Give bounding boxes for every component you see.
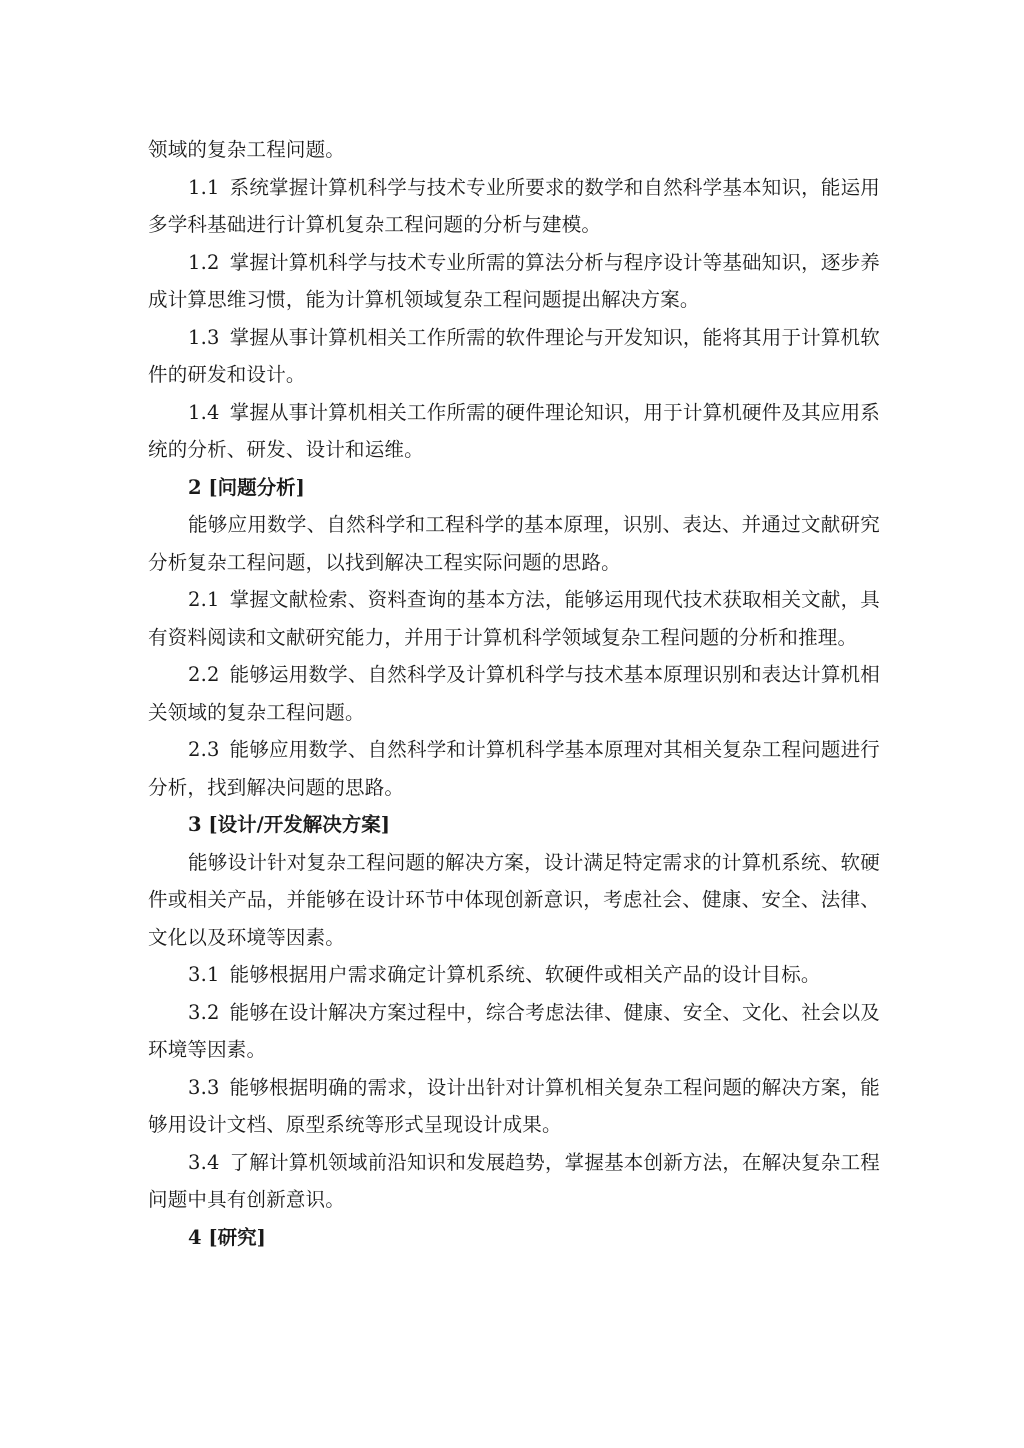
continuation-paragraph: 领域的复杂工程问题。 xyxy=(148,131,880,169)
item-3-2: 3.2能够在设计解决方案过程中，综合考虑法律、健康、安全、文化、社会以及环境等因… xyxy=(148,994,880,1069)
item-text: 能够根据明确的需求，设计出针对计算机相关复杂工程问题的解决方案，能够用设计文档、… xyxy=(148,1076,880,1137)
section-3-paragraph: 能够设计针对复杂工程问题的解决方案，设计满足特定需求的计算机系统、软硬件或相关产… xyxy=(148,844,880,957)
item-text: 能够根据用户需求确定计算机系统、软硬件或相关产品的设计目标。 xyxy=(230,963,821,986)
section-heading-2: 2 [问题分析] xyxy=(148,469,880,507)
item-number: 1.4 xyxy=(188,401,220,424)
item-number: 3.1 xyxy=(188,963,220,986)
item-3-1: 3.1能够根据用户需求确定计算机系统、软硬件或相关产品的设计目标。 xyxy=(148,956,880,994)
item-number: 1.1 xyxy=(188,176,220,199)
section-heading-3: 3 [设计/开发解决方案] xyxy=(148,806,880,844)
item-number: 1.2 xyxy=(188,251,220,274)
item-text: 系统掌握计算机科学与技术专业所要求的数学和自然科学基本知识，能运用多学科基础进行… xyxy=(148,176,880,237)
item-1-4: 1.4掌握从事计算机相关工作所需的硬件理论知识，用于计算机硬件及其应用系统的分析… xyxy=(148,394,880,469)
item-2-1: 2.1掌握文献检索、资料查询的基本方法，能够运用现代技术获取相关文献，具有资料阅… xyxy=(148,581,880,656)
item-2-3: 2.3能够应用数学、自然科学和计算机科学基本原理对其相关复杂工程问题进行分析，找… xyxy=(148,731,880,806)
item-number: 2.2 xyxy=(188,663,220,686)
document-page: 领域的复杂工程问题。 1.1系统掌握计算机科学与技术专业所要求的数学和自然科学基… xyxy=(148,131,880,1256)
item-text: 掌握从事计算机相关工作所需的硬件理论知识，用于计算机硬件及其应用系统的分析、研发… xyxy=(148,401,880,462)
item-number: 3.4 xyxy=(188,1151,220,1174)
item-1-2: 1.2掌握计算机科学与技术专业所需的算法分析与程序设计等基础知识，逐步养成计算思… xyxy=(148,244,880,319)
section-heading-4: 4 [研究] xyxy=(148,1219,880,1257)
item-text: 能够运用数学、自然科学及计算机科学与技术基本原理识别和表达计算机相关领域的复杂工… xyxy=(148,663,880,724)
item-1-3: 1.3掌握从事计算机相关工作所需的软件理论与开发知识，能将其用于计算机软件的研发… xyxy=(148,319,880,394)
section-2-paragraph: 能够应用数学、自然科学和工程科学的基本原理，识别、表达、并通过文献研究分析复杂工… xyxy=(148,506,880,581)
item-1-1: 1.1系统掌握计算机科学与技术专业所要求的数学和自然科学基本知识，能运用多学科基… xyxy=(148,169,880,244)
item-number: 1.3 xyxy=(188,326,220,349)
item-2-2: 2.2能够运用数学、自然科学及计算机科学与技术基本原理识别和表达计算机相关领域的… xyxy=(148,656,880,731)
item-text: 能够应用数学、自然科学和计算机科学基本原理对其相关复杂工程问题进行分析，找到解决… xyxy=(148,738,880,799)
item-text: 掌握计算机科学与技术专业所需的算法分析与程序设计等基础知识，逐步养成计算思维习惯… xyxy=(148,251,880,312)
item-3-4: 3.4了解计算机领域前沿知识和发展趋势，掌握基本创新方法，在解决复杂工程问题中具… xyxy=(148,1144,880,1219)
item-number: 2.3 xyxy=(188,738,220,761)
item-number: 3.3 xyxy=(188,1076,220,1099)
item-text: 掌握从事计算机相关工作所需的软件理论与开发知识，能将其用于计算机软件的研发和设计… xyxy=(148,326,880,387)
item-text: 掌握文献检索、资料查询的基本方法，能够运用现代技术获取相关文献，具有资料阅读和文… xyxy=(148,588,880,649)
item-number: 2.1 xyxy=(188,588,220,611)
item-number: 3.2 xyxy=(188,1001,220,1024)
item-text: 了解计算机领域前沿知识和发展趋势，掌握基本创新方法，在解决复杂工程问题中具有创新… xyxy=(148,1151,880,1212)
item-3-3: 3.3能够根据明确的需求，设计出针对计算机相关复杂工程问题的解决方案，能够用设计… xyxy=(148,1069,880,1144)
item-text: 能够在设计解决方案过程中，综合考虑法律、健康、安全、文化、社会以及环境等因素。 xyxy=(148,1001,880,1062)
